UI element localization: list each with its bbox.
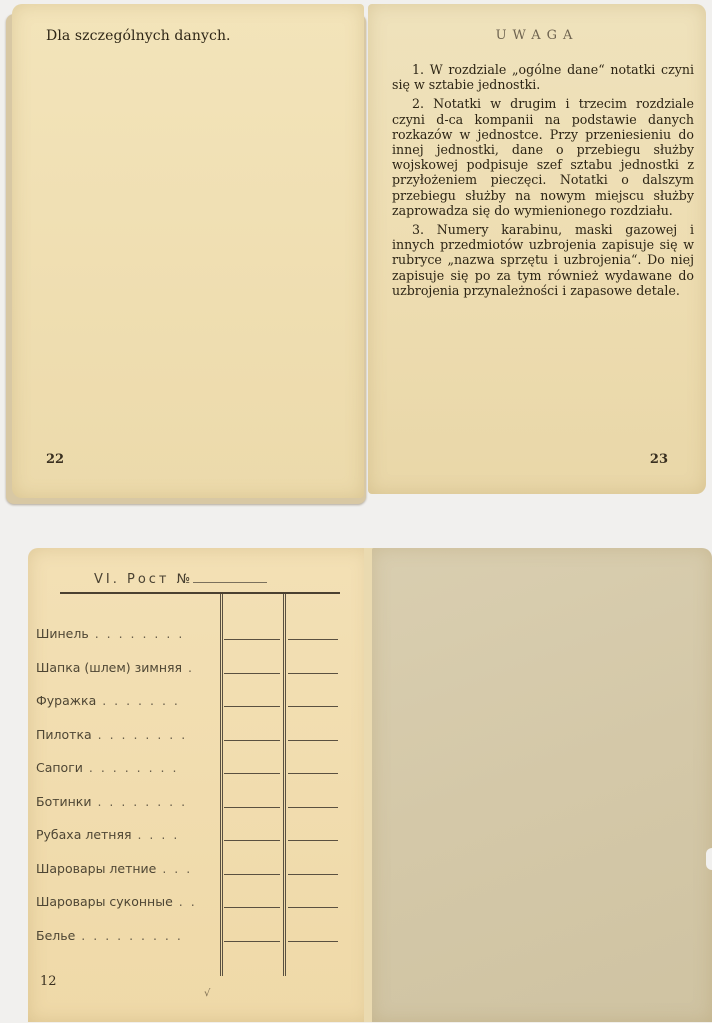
page-heading: Dla szczególnych danych. [46, 28, 231, 44]
item-name: Пилотка [36, 727, 92, 742]
leader-dots: . . . [156, 861, 192, 876]
clothing-item-row: Ботинки . . . . . . . . [36, 794, 356, 814]
leader-dots: . . [173, 894, 197, 909]
clothing-item-row: Фуражка . . . . . . . [36, 693, 356, 713]
clothing-item-row: Шинель . . . . . . . . [36, 626, 356, 646]
entry-field-1[interactable] [224, 874, 280, 875]
entry-field-1[interactable] [224, 706, 280, 707]
clothing-item-label: Шинель . . . . . . . . [36, 626, 220, 641]
item-name: Шаровары суконные [36, 894, 173, 909]
leader-dots: . . . . . . . . [91, 794, 187, 809]
form-title: VI. Рост № [94, 572, 267, 587]
entry-field-2[interactable] [288, 740, 338, 741]
item-name: Рубаха летняя [36, 827, 132, 842]
notice-title: UWAGA [368, 28, 706, 43]
entry-field-1[interactable] [224, 907, 280, 908]
blank-page [372, 548, 712, 1022]
item-name: Сапоги [36, 760, 83, 775]
entry-field-2[interactable] [288, 874, 338, 875]
item-name: Фуражка [36, 693, 96, 708]
clothing-item-row: Шапка (шлем) зимняя . [36, 660, 356, 680]
page-number: 23 [650, 452, 668, 467]
entry-field-1[interactable] [224, 639, 280, 640]
entry-field-2[interactable] [288, 807, 338, 808]
leader-dots: . . . . [132, 827, 180, 842]
clothing-item-label: Шаровары летние . . . [36, 861, 220, 876]
page-number: 22 [46, 452, 64, 467]
clothing-item-label: Шаровары суконные . . [36, 894, 220, 909]
item-name: Ботинки [36, 794, 91, 809]
column-divider [283, 594, 286, 976]
page-number: 12 [40, 974, 57, 989]
item-name: Шаровары летние [36, 861, 156, 876]
leader-dots: . . . . . . . [96, 693, 180, 708]
page-22: Dla szczególnych danych. 22 [12, 4, 364, 498]
clothing-item-label: Шапка (шлем) зимняя . [36, 660, 220, 675]
leader-dots: . [182, 660, 194, 675]
clothing-item-row: Шаровары летние . . . [36, 861, 356, 881]
clothing-item-row: Пилотка . . . . . . . . [36, 727, 356, 747]
leader-dots: . . . . . . . . [92, 727, 188, 742]
entry-field-2[interactable] [288, 941, 338, 942]
clothing-item-label: Пилотка . . . . . . . . [36, 727, 220, 742]
leader-dots: . . . . . . . . [89, 626, 185, 641]
clothing-item-label: Рубаха летняя . . . . [36, 827, 220, 842]
entry-field-2[interactable] [288, 673, 338, 674]
entry-field-1[interactable] [224, 673, 280, 674]
clothing-item-row: Рубаха летняя . . . . [36, 827, 356, 847]
notice-paragraph-3: 3. Numery karabinu, maski gazowej i inny… [392, 222, 694, 298]
notice-paragraph-1: 1. W rozdziale „ogólne dane“ notatki czy… [392, 62, 694, 92]
entry-field-2[interactable] [288, 639, 338, 640]
clothing-item-row: Шаровары суконные . . [36, 894, 356, 914]
item-name: Шапка (шлем) зимняя [36, 660, 182, 675]
clothing-item-label: Фуражка . . . . . . . [36, 693, 220, 708]
item-name: Белье [36, 928, 75, 943]
clothing-item-row: Сапоги . . . . . . . . [36, 760, 356, 780]
torn-edge [706, 848, 712, 870]
page-12-clothing-form: VI. Рост № Шинель . . . . . . . .Шапка (… [28, 548, 370, 1022]
entry-field-2[interactable] [288, 840, 338, 841]
entry-field-2[interactable] [288, 773, 338, 774]
leader-dots: . . . . . . . . [83, 760, 179, 775]
clothing-item-row: Белье . . . . . . . . . [36, 928, 356, 948]
leader-dots: . . . . . . . . . [75, 928, 183, 943]
form-title-text: VI. Рост № [94, 572, 193, 587]
pencil-mark: √ [204, 988, 210, 999]
header-rule [60, 592, 340, 594]
entry-field-2[interactable] [288, 706, 338, 707]
entry-field-2[interactable] [288, 907, 338, 908]
column-divider [220, 594, 223, 976]
notice-paragraph-2: 2. Notatki w drugim i trzecim rozdziale … [392, 96, 694, 218]
item-name: Шинель [36, 626, 89, 641]
entry-field-1[interactable] [224, 740, 280, 741]
entry-field-1[interactable] [224, 807, 280, 808]
page-23: UWAGA 1. W rozdziale „ogólne dane“ notat… [368, 4, 706, 494]
size-number-blank [193, 572, 267, 583]
entry-field-1[interactable] [224, 941, 280, 942]
clothing-item-label: Ботинки . . . . . . . . [36, 794, 220, 809]
entry-field-1[interactable] [224, 840, 280, 841]
notice-text: 1. W rozdziale „ogólne dane“ notatki czy… [392, 62, 694, 302]
clothing-item-label: Белье . . . . . . . . . [36, 928, 220, 943]
clothing-item-label: Сапоги . . . . . . . . [36, 760, 220, 775]
entry-field-1[interactable] [224, 773, 280, 774]
